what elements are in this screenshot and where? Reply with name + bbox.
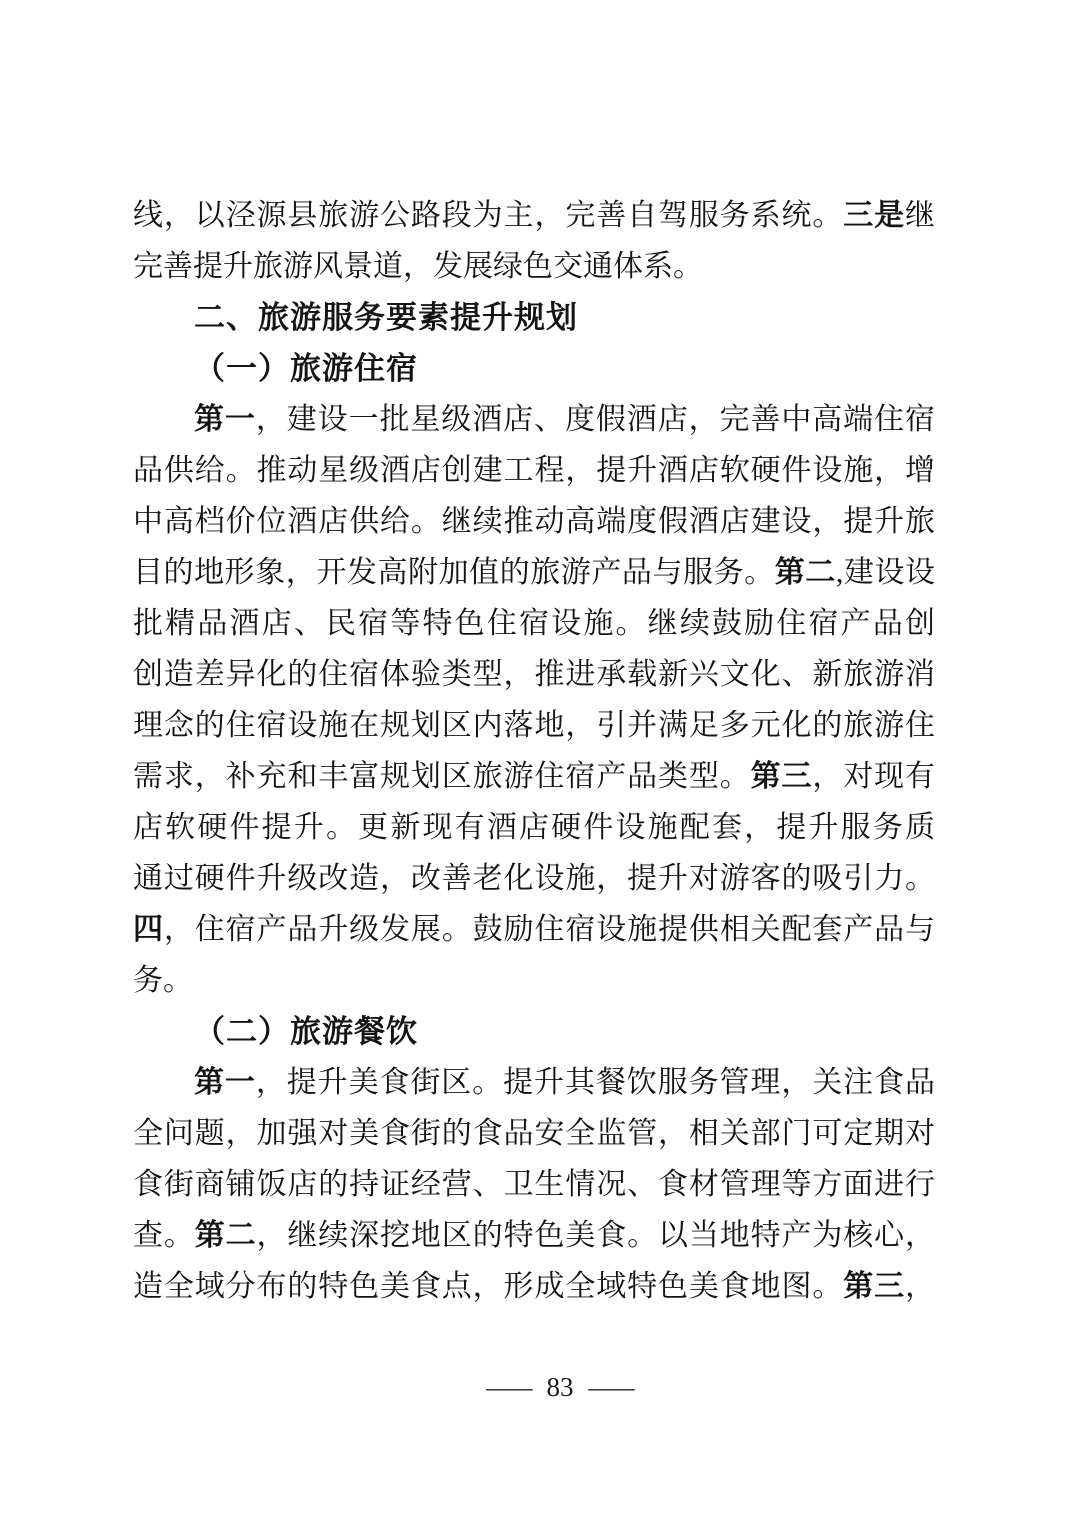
text-run: 店软硬件提升。更新现有酒店硬件设施配套，提升服务质量。 [133, 811, 935, 853]
footer-page-number: 83 [547, 1372, 574, 1403]
text-line: 需求，补充和丰富规划区旅游住宿产品类型。第三，对现有酒 [133, 751, 935, 802]
bold-text-run: 第二 [195, 1219, 257, 1252]
text-line: 第一，提升美食街区。提升其餐饮服务管理，关注食品安 [133, 1057, 935, 1108]
text-line: 品供给。推动星级酒店创建工程，提升酒店软硬件设施，增加 [133, 445, 935, 496]
text-run: ，住宿产品升级发展。鼓励住宿设施提供相关配套产品与服 [133, 913, 935, 955]
footer-left-dash: — [486, 1372, 532, 1403]
text-run: 理念的住宿设施在规划区内落地，引并满足多元化的旅游住宿 [133, 709, 935, 751]
text-run: 中高档价位酒店供给。继续推动高端度假酒店建设，提升旅游 [133, 505, 935, 547]
text-run: （一）旅游住宿 [194, 351, 418, 386]
text-line: 务。 [133, 955, 935, 1006]
text-run: （二）旅游餐饮 [194, 1014, 418, 1049]
bold-text-run: 第三 [843, 1270, 905, 1303]
text-line: 批精品酒店、民宿等特色住宿设施。继续鼓励住宿产品创新， [133, 598, 935, 649]
text-run: 完善提升旅游风景道，发展绿色交通体系。 [133, 250, 703, 283]
bold-text-run: 第二 [775, 556, 836, 589]
text-run: 全问题，加强对美食街的食品安全监管，相关部门可定期对美 [133, 1117, 935, 1159]
text-line: 通过硬件升级改造，改善老化设施，提升对游客的吸引力。第 [133, 853, 935, 904]
text-run: 创造差异化的住宿体验类型，推进承载新兴文化、新旅游消费 [133, 658, 935, 700]
text-line: 完善提升旅游风景道，发展绿色交通体系。 [133, 241, 935, 292]
text-run: 需求，补充和丰富规划区旅游住宿产品类型。 [133, 760, 751, 793]
text-run: 务。 [133, 964, 193, 997]
text-line: 第一，建设一批星级酒店、度假酒店，完善中高端住宿产 [133, 394, 935, 445]
bold-text-run: 四 [133, 913, 164, 946]
text-line: 查。第二，继续深挖地区的特色美食。以当地特产为核心，打 [133, 1210, 935, 1261]
text-line: 全问题，加强对美食街的食品安全监管，相关部门可定期对美 [133, 1108, 935, 1159]
document-page: 线，以泾源县旅游公路段为主，完善自驾服务系统。三是继续完善提升旅游风景道，发展绿… [0, 0, 1070, 1515]
heading-line: （二）旅游餐饮 [133, 1006, 935, 1057]
heading-line: 二、旅游服务要素提升规划 [133, 292, 935, 343]
text-run: 查。 [133, 1219, 195, 1252]
text-run: 线，以泾源县旅游公路段为主，完善自驾服务系统。 [133, 199, 843, 232]
text-line: 四，住宿产品升级发展。鼓励住宿设施提供相关配套产品与服 [133, 904, 935, 955]
text-line: 造全域分布的特色美食点，形成全域特色美食地图。第三，在 [133, 1261, 935, 1312]
text-line: 创造差异化的住宿体验类型，推进承载新兴文化、新旅游消费 [133, 649, 935, 700]
text-line: 中高档价位酒店供给。继续推动高端度假酒店建设，提升旅游 [133, 496, 935, 547]
text-line: 食街商铺饭店的持证经营、卫生情况、食材管理等方面进行抽 [133, 1159, 935, 1210]
text-line: 理念的住宿设施在规划区内落地，引并满足多元化的旅游住宿 [133, 700, 935, 751]
bold-text-run: 三是 [843, 199, 905, 232]
heading-line: （一）旅游住宿 [133, 343, 935, 394]
text-line: 店软硬件提升。更新现有酒店硬件设施配套，提升服务质量。 [133, 802, 935, 853]
text-run: 批精品酒店、民宿等特色住宿设施。继续鼓励住宿产品创新， [133, 607, 935, 649]
text-run: 目的地形象，开发高附加值的旅游产品与服务。 [133, 556, 775, 589]
page-footer: — 83 — [25, 1372, 1070, 1403]
document-body: 线，以泾源县旅游公路段为主，完善自驾服务系统。三是继续完善提升旅游风景道，发展绿… [133, 190, 935, 1312]
text-run: 通过硬件升级改造，改善老化设施，提升对游客的吸引力。 [133, 862, 935, 895]
text-line: 线，以泾源县旅游公路段为主，完善自驾服务系统。三是继续 [133, 190, 935, 241]
text-run: 品供给。推动星级酒店创建工程，提升酒店软硬件设施，增加 [133, 454, 935, 496]
footer-right-dash: — [588, 1372, 634, 1403]
bold-text-run: 第三 [751, 760, 813, 793]
bold-text-run: 第一 [194, 1066, 256, 1099]
text-line: 目的地形象，开发高附加值的旅游产品与服务。第二,建设设一 [133, 547, 935, 598]
text-run: 二、旅游服务要素提升规划 [194, 300, 578, 335]
text-run: 食街商铺饭店的持证经营、卫生情况、食材管理等方面进行抽 [133, 1168, 935, 1210]
text-run: 造全域分布的特色美食点，形成全域特色美食地图。 [133, 1270, 843, 1303]
bold-text-run: 第一 [194, 403, 256, 436]
